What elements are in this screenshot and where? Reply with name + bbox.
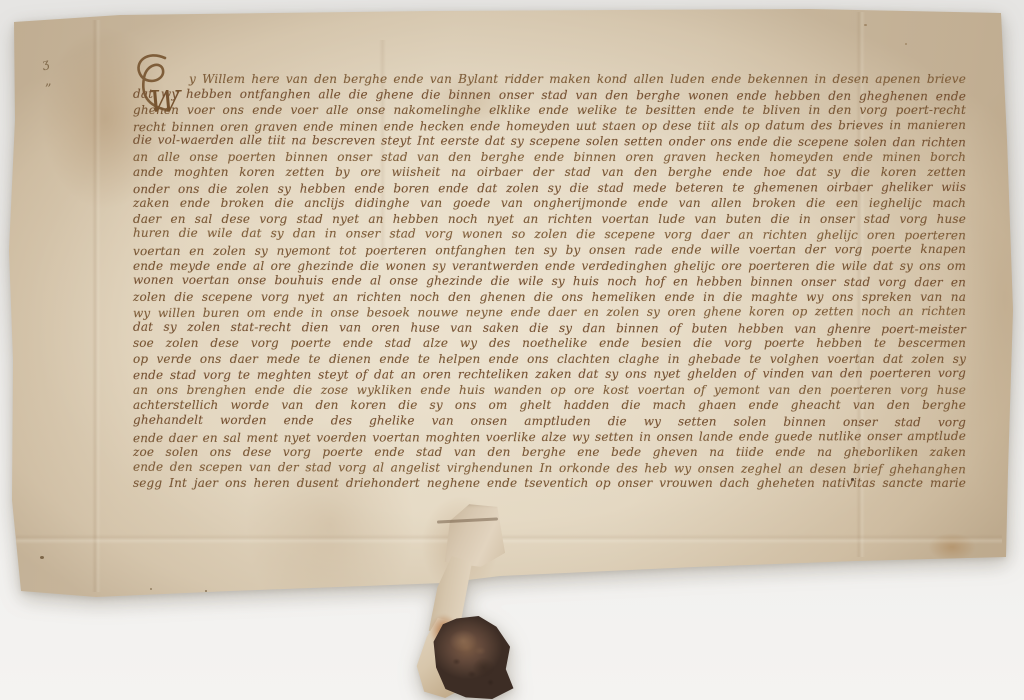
text-line: ende den scepen van der stad vorg al ang… <box>133 459 966 477</box>
decorated-initial: W <box>125 48 187 122</box>
vertical-crease <box>92 20 101 592</box>
ink-speck <box>905 43 907 45</box>
archival-margin-mark: ʒ „ <box>42 56 51 89</box>
text-line: zoe solen ons dese vorg poerte ende stad… <box>133 445 966 461</box>
text-line: ende meyde ende al ore ghezinde die wone… <box>133 259 966 275</box>
text-line: dat wy hebben ontfanghen alle die ghene … <box>133 86 966 104</box>
text-line: wonen voertan onse bouhuis ende al onse … <box>133 273 966 291</box>
ink-speck <box>864 24 867 26</box>
text-line: an ons brenghen ende die zose wykliken e… <box>133 383 966 399</box>
text-line: y Willem here van den berghe ende van By… <box>133 72 966 88</box>
text-line: ghenen voer ons ende voer alle onse nako… <box>133 103 966 119</box>
parchment-sheet: ʒ „ W y Willem here van den berghe ende … <box>0 0 1024 700</box>
text-line: ende daer en sal ment nyet voerden voert… <box>133 428 966 446</box>
ink-speck <box>40 556 44 559</box>
archival-mark-glyph: ʒ <box>40 55 52 71</box>
charter-text: W y Willem here van den berghe ende van … <box>133 72 966 492</box>
plica-fold-crease <box>16 534 1002 544</box>
text-line: an alle onse poerten binnen onser stad v… <box>133 150 966 166</box>
text-line: zaken ende broken die anclijs didinghe v… <box>133 196 966 212</box>
text-line: soe zolen dese vorg poerte ende stad alz… <box>133 336 966 352</box>
text-line: voertan en zolen sy nyemont tot poertere… <box>133 242 966 260</box>
archival-mark-dots: „ <box>45 74 51 89</box>
text-line: achterstellich worde van den koren die s… <box>133 398 966 414</box>
text-line: die vol-waerden alle tiit na bescreven s… <box>133 133 966 151</box>
ink-speck <box>150 588 152 590</box>
text-line: ghehandelt worden ende des ghelike van o… <box>133 413 966 431</box>
photo-of-charter: ʒ „ W y Willem here van den berghe ende … <box>0 0 1024 700</box>
text-line: onder ons die zolen sy hebben ende boren… <box>133 180 966 198</box>
text-line: op verde ons daer mede te dienen ende te… <box>133 352 966 368</box>
text-line: dat sy zolen stat-recht dien van oren hu… <box>133 319 966 337</box>
text-line: segg Int jaer ons heren dusent driehonde… <box>133 476 966 492</box>
ink-speck <box>205 590 207 592</box>
parchment-wrap: ʒ „ W y Willem here van den berghe ende … <box>0 0 1024 700</box>
text-line: ende stad vorg te meghten steyt of dat a… <box>133 366 966 384</box>
text-line: zolen die scepene vorg nyet an richten n… <box>133 290 966 306</box>
text-line: ande moghten koren zetten by ore wiishei… <box>133 165 966 181</box>
